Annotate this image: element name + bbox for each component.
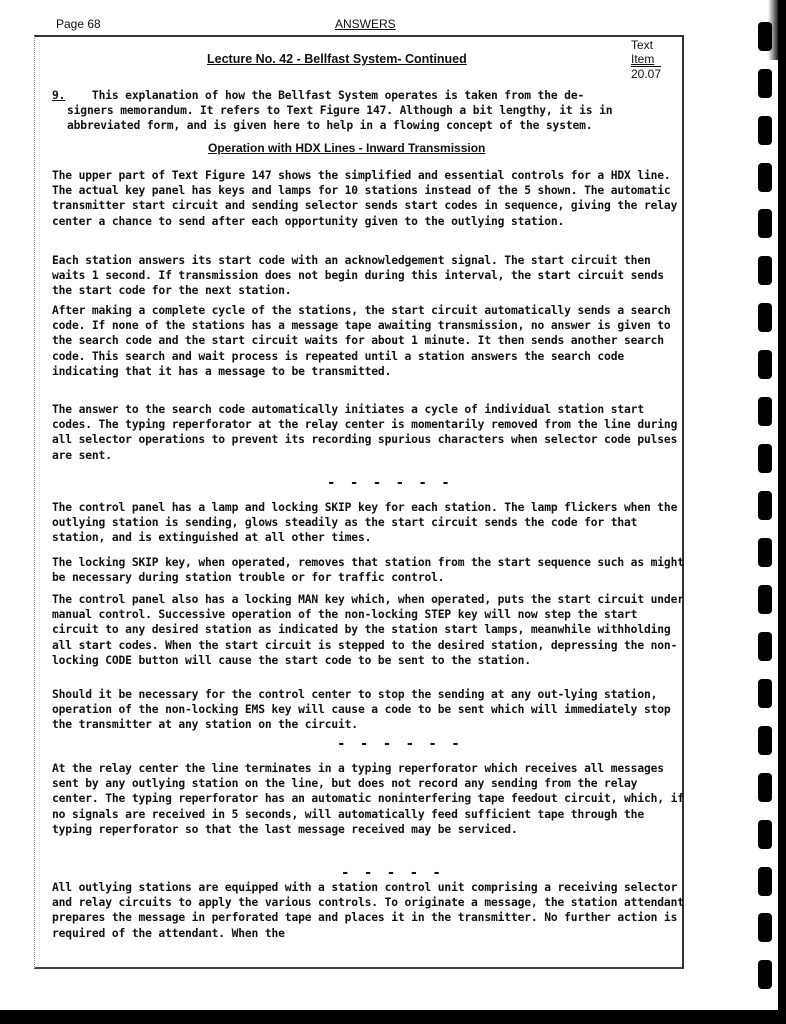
binder-hole [758, 773, 772, 802]
item-label: Item [631, 52, 661, 66]
lecture-title: Lecture No. 42 - Bellfast System- Contin… [207, 52, 467, 66]
paragraph: Each station answers its start code with… [52, 253, 684, 299]
binder-hole [758, 867, 772, 896]
separator: - - - - - [341, 865, 444, 881]
binder-hole [758, 116, 772, 145]
binder-hole [758, 350, 772, 379]
binder-hole [758, 632, 772, 661]
paragraph: After making a complete cycle of the sta… [52, 303, 684, 379]
binder-hole [758, 69, 772, 98]
paragraph: The upper part of Text Figure 147 shows … [52, 168, 684, 229]
binder-hole [758, 256, 772, 285]
text-item-label: Text [631, 38, 653, 52]
binder-hole [758, 820, 772, 849]
binder-hole [758, 209, 772, 238]
scan-edge-bottom [0, 1010, 786, 1024]
paragraph: The control panel has a lamp and locking… [52, 500, 684, 546]
paragraph: The locking SKIP key, when operated, rem… [52, 555, 684, 585]
binder-hole [758, 960, 772, 989]
binder-hole [758, 22, 772, 51]
binder-hole [758, 444, 772, 473]
paragraph: The control panel also has a locking MAN… [52, 592, 684, 668]
section-header: ANSWERS [335, 17, 396, 31]
scan-edge-right [778, 0, 786, 1024]
binder-hole [758, 303, 772, 332]
binder-hole [758, 491, 772, 520]
binder-hole [758, 538, 772, 567]
intro-line-1: This explanation of how the Bellfast Sys… [92, 89, 584, 102]
binder-hole [758, 679, 772, 708]
item-number: 9. [52, 89, 65, 102]
paragraph: The answer to the search code automatica… [52, 402, 684, 463]
binder-hole [758, 585, 772, 614]
paragraph: Should it be necessary for the control c… [52, 687, 684, 733]
page-number: Page 68 [56, 17, 101, 31]
separator: - - - - - - [327, 475, 453, 491]
separator: - - - - - - [337, 736, 463, 752]
binder-hole [758, 163, 772, 192]
paragraph: At the relay center the line terminates … [52, 761, 684, 837]
intro-paragraph: 9. This explanation of how the Bellfast … [52, 88, 684, 134]
text-item-number: 20.07 [631, 66, 661, 81]
binder-hole [758, 913, 772, 942]
binder-hole [758, 397, 772, 426]
paragraph: All outlying stations are equipped with … [52, 880, 684, 941]
text-item-reference: Text Item 20.07 [631, 38, 661, 81]
binder-hole [758, 726, 772, 755]
intro-rest: signers memorandum. It refers to Text Fi… [52, 103, 684, 133]
section-title: Operation with HDX Lines - Inward Transm… [208, 141, 485, 155]
